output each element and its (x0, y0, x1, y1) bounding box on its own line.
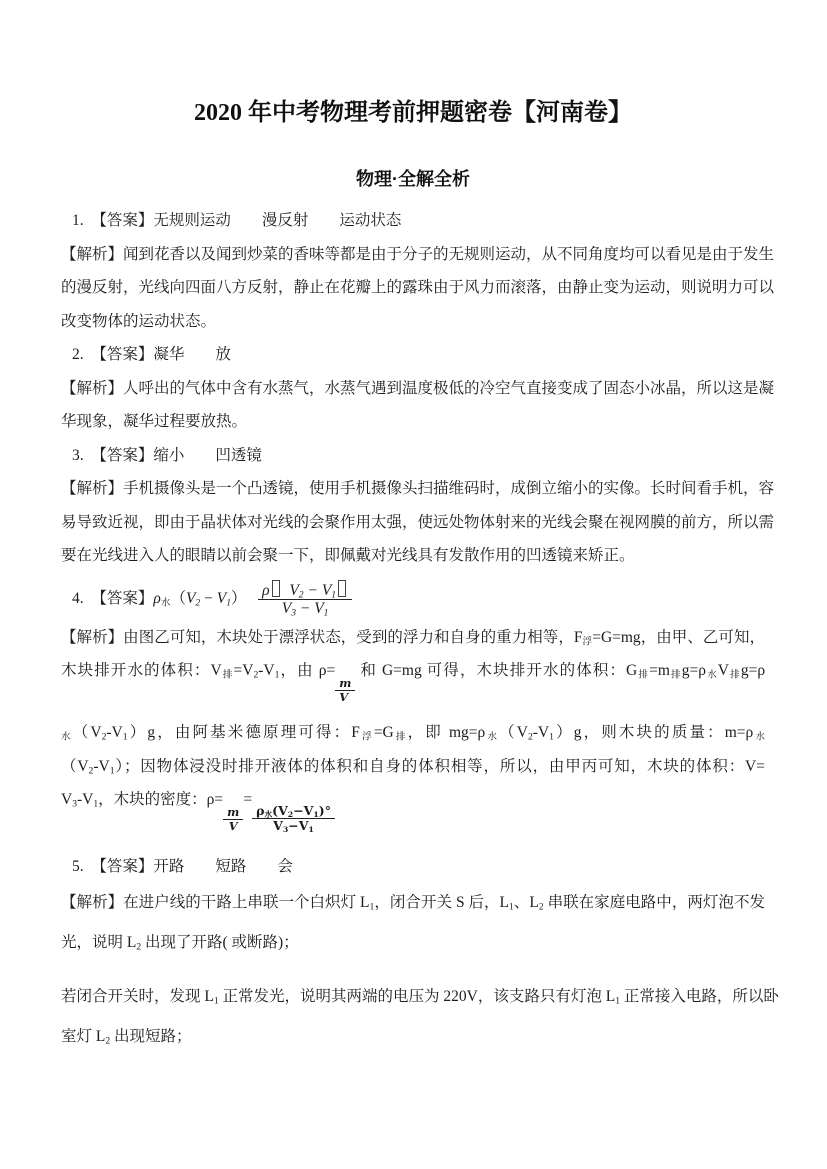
text-line: V3-V1，木块的密度：ρ=mV=ρ水(V2−V1)°V3−V1 (61, 783, 765, 833)
text-line: 改变物体的运动状态。 (61, 305, 765, 339)
text-run: V (273, 818, 283, 833)
math-variable: ρ (153, 590, 160, 607)
paragraph-9: 5. 【答案】开路 短路 会 (61, 850, 765, 884)
text-run: 正常发光，说明其两端的电压为 220V，该支路只有灯泡 L (219, 988, 616, 1005)
text-run: 出现短路； (110, 1028, 191, 1045)
math-variable: V (289, 582, 298, 599)
text-line: 易导致近视，即由于晶状体对光线的会聚作用太强，使远处物体射来的光线会聚在视网膜的… (61, 506, 765, 540)
math-variable: ρ (262, 582, 269, 599)
math-variable: m (339, 676, 351, 690)
text-run: （V (61, 758, 89, 775)
subscript: 排 (222, 670, 234, 681)
text-line: （V2-V1）；因物体浸没时排开液体的体积和自身的体积相等，所以，由甲丙可知，木… (61, 750, 765, 784)
math-variable: V (322, 582, 331, 599)
text-run: 【解析】人呼出的气体中含有水蒸气，水蒸气遇到温度极低的冷空气直接变成了固态小冰晶… (61, 380, 774, 397)
text-run: 光，说明 L (61, 934, 136, 951)
paragraph-11: 若闭合开关时，发现 L1 正常发光，说明其两端的电压为 220V，该支路只有灯泡… (61, 977, 765, 1057)
missing-glyph-box (338, 580, 346, 597)
fraction: ρ水(V2−V1)°V3−V1 (252, 804, 335, 834)
subscript: 水 (753, 732, 765, 743)
text-run: -V (93, 758, 109, 775)
paragraph-5: 3. 【答案】缩小 凹透镜 (61, 439, 765, 473)
text-run: -V (533, 724, 549, 741)
text-run: 5. 【答案】开路 短路 会 (72, 858, 293, 875)
text-line: 2. 【答案】凝华 放 (61, 338, 765, 372)
fraction: mV (223, 806, 243, 833)
text-line: 要在光线进入人的眼睛以前会聚一下，即佩戴对光线具有发散作用的凹透镜来矫正。 (61, 539, 765, 573)
text-run: −V (293, 803, 313, 818)
text-run: 【解析】手机摄像头是一个凸透镜，使用手机摄像头扫描维码时，成倒立缩小的实像。长时… (61, 480, 774, 497)
text-run: 【解析】闻到花香以及闻到炒菜的香味等都是由于分子的无规则运动，从不同角度均可以看… (61, 246, 774, 263)
document-subtitle: 物理·全解全析 (61, 168, 765, 190)
text-run: =m (649, 662, 670, 679)
fraction: ρ V2 − V1V3 − V1 (258, 580, 352, 619)
subscript: 水 (264, 810, 272, 819)
text-run: =V (234, 662, 254, 679)
text-run: 串联在家庭电路中，两灯泡不发 (544, 894, 765, 911)
text-run: 【解析】由图乙可知，木块处于漂浮状态，受到的浮力和自身的重力相等，F (61, 629, 583, 646)
subscript: 水 (161, 597, 171, 608)
text-run: = (243, 791, 252, 808)
subscript: 浮 (583, 636, 593, 647)
math-variable: V (186, 590, 195, 607)
text-run: 2. 【答案】凝华 放 (72, 346, 231, 363)
text-run: g=ρ (682, 662, 706, 679)
subscript: 排 (670, 670, 682, 681)
text-run: g=ρ (741, 662, 765, 679)
text-run: V (718, 662, 729, 679)
text-run: 若闭合开关时，发现 L (61, 988, 214, 1005)
text-line: 的漫反射，光线向四面八方反射，静止在花瓣上的露珠由于风力而滚落，由静止变为运动，… (61, 271, 765, 305)
text-run: 的漫反射，光线向四面八方反射，静止在花瓣上的露珠由于风力而滚落，由静止变为运动，… (61, 279, 774, 296)
document-page: 2020 年中考物理考前押题密卷【河南卷】 物理·全解全析 1. 【答案】无规则… (0, 0, 827, 1169)
math-variable: V (314, 600, 323, 617)
text-run: 3. 【答案】缩小 凹透镜 (72, 447, 262, 464)
text-run: ，闭合开关 S 后，L (374, 894, 509, 911)
text-line: 木块排开水的体积：V排=V2-V1，由 ρ=mV 和 G=mg 可得，木块排开水… (61, 654, 765, 704)
text-run: ，木块的密度：ρ= (98, 791, 223, 808)
text-run: =G=mg，由甲、乙可知， (592, 629, 765, 646)
text-line: 4. 【答案】ρ水（V2 − V1） ρ V2 − V1V3 − V1 (61, 579, 765, 619)
text-run: =G (374, 724, 394, 741)
text-run: （ (170, 590, 186, 607)
subscript: 排 (394, 732, 408, 743)
text-run: 木块排开水的体积：V (61, 662, 222, 679)
text-run: )° (319, 803, 331, 818)
subscript: 排 (729, 670, 741, 681)
paragraph-8: 【解析】由图乙可知，木块处于漂浮状态，受到的浮力和自身的重力相等，F浮=G=mg… (61, 621, 765, 834)
text-line: 【解析】人呼出的气体中含有水蒸气，水蒸气遇到温度极低的冷空气直接变成了固态小冰晶… (61, 372, 765, 406)
text-run: − (200, 590, 217, 607)
text-run: ）g，则木块的质量：m=ρ (554, 724, 753, 741)
math-variable: V (217, 590, 226, 607)
text-run: 和 G=mg 可得，木块排开水的体积：G (355, 662, 637, 679)
text-run: 室灯 L (61, 1028, 105, 1045)
subscript: 水 (61, 732, 73, 743)
text-run: V (61, 791, 72, 808)
text-run: ，由 ρ= (279, 662, 335, 679)
paragraph-1: 1. 【答案】无规则运动 漫反射 运动状态 (61, 204, 765, 238)
subscript: 水 (706, 670, 718, 681)
missing-glyph-box (272, 580, 280, 597)
text-line: 【解析】手机摄像头是一个凸透镜，使用手机摄像头扫描维码时，成倒立缩小的实像。长时… (61, 472, 765, 506)
text-line: 3. 【答案】缩小 凹透镜 (61, 439, 765, 473)
math-variable: m (227, 805, 239, 819)
subscript: 浮 (360, 732, 374, 743)
math-variable: V (282, 600, 291, 617)
text-run: ，即 mg=ρ (408, 724, 486, 741)
text-run: -V (258, 662, 274, 679)
text-line: 5. 【答案】开路 短路 会 (61, 850, 765, 884)
text-line: 室灯 L2 出现短路； (61, 1017, 765, 1057)
text-run: − (304, 582, 322, 599)
paragraph-3: 2. 【答案】凝华 放 (61, 338, 765, 372)
text-line: 水（V2-V1）g，由阿基米德原理可得：F浮=G排，即 mg=ρ水（V2-V1）… (61, 716, 765, 750)
paragraph-2: 【解析】闻到花香以及闻到炒菜的香味等都是由于分子的无规则运动，从不同角度均可以看… (61, 238, 765, 339)
text-run: 、L (514, 894, 539, 911)
subscript: 排 (637, 670, 649, 681)
subscript: 1 (308, 825, 313, 834)
text-line: 【解析】在进户线的干路上串联一个白炽灯 L1，闭合开关 S 后，L1、L2 串联… (61, 883, 765, 923)
text-line: 【解析】闻到花香以及闻到炒菜的香味等都是由于分子的无规则运动，从不同角度均可以看… (61, 238, 765, 272)
fraction: mV (335, 677, 355, 704)
subscript: 水 (485, 732, 499, 743)
text-line: 若闭合开关时，发现 L1 正常发光，说明其两端的电压为 220V，该支路只有灯泡… (61, 977, 765, 1017)
text-run: （V (499, 724, 528, 741)
paragraph-4: 【解析】人呼出的气体中含有水蒸气，水蒸气遇到温度极低的冷空气直接变成了固态小冰晶… (61, 372, 765, 439)
text-run: -V (106, 724, 122, 741)
text-line: 华现象，凝华过程要放热。 (61, 405, 765, 439)
text-run: 1. 【答案】无规则运动 漫反射 运动状态 (72, 212, 401, 229)
text-run: 要在光线进入人的眼睛以前会聚一下，即佩戴对光线具有发散作用的凹透镜来矫正。 (61, 547, 635, 564)
text-run: (V (272, 803, 288, 818)
paragraph-7: 4. 【答案】ρ水（V2 − V1） ρ V2 − V1V3 − V1 (61, 579, 765, 619)
text-run: ）；因物体浸没时排开液体的体积和自身的体积相等，所以，由甲丙可知，木块的体积：V… (115, 758, 765, 775)
text-run: 4. 【答案】 (72, 590, 153, 607)
text-run: -V (77, 791, 93, 808)
text-run: 华现象，凝华过程要放热。 (61, 413, 247, 430)
math-variable: V (339, 690, 348, 704)
text-line: 光，说明 L2 出现了开路( 或断路)； (61, 923, 765, 963)
text-run: 出现了开路( 或断路)； (141, 934, 299, 951)
subscript: 1 (324, 608, 329, 619)
paragraph-6: 【解析】手机摄像头是一个凸透镜，使用手机摄像头扫描维码时，成倒立缩小的实像。长时… (61, 472, 765, 573)
document-title: 2020 年中考物理考前押题密卷【河南卷】 (61, 96, 765, 130)
text-run: 易导致近视，即由于晶状体对光线的会聚作用太强，使远处物体射来的光线会聚在视网膜的… (61, 514, 774, 531)
paragraph-10: 【解析】在进户线的干路上串联一个白炽灯 L1，闭合开关 S 后，L1、L2 串联… (61, 883, 765, 963)
document-body: 1. 【答案】无规则运动 漫反射 运动状态【解析】闻到花香以及闻到炒菜的香味等都… (61, 204, 765, 1057)
text-run: 改变物体的运动状态。 (61, 313, 216, 330)
text-line: 【解析】由图乙可知，木块处于漂浮状态，受到的浮力和自身的重力相等，F浮=G=mg… (61, 621, 765, 655)
text-run: 正常接入电路，所以卧 (620, 988, 779, 1005)
math-variable: V (229, 819, 238, 833)
subscript: 1 (331, 589, 336, 600)
text-run: ） (231, 590, 258, 607)
text-run: 【解析】在进户线的干路上串联一个白炽灯 L (61, 894, 370, 911)
text-run: −V (288, 818, 308, 833)
text-run: （V (73, 724, 102, 741)
text-line: 1. 【答案】无规则运动 漫反射 运动状态 (61, 204, 765, 238)
text-run: ）g，由阿基米德原理可得：F (128, 724, 360, 741)
text-run: − (296, 600, 314, 617)
